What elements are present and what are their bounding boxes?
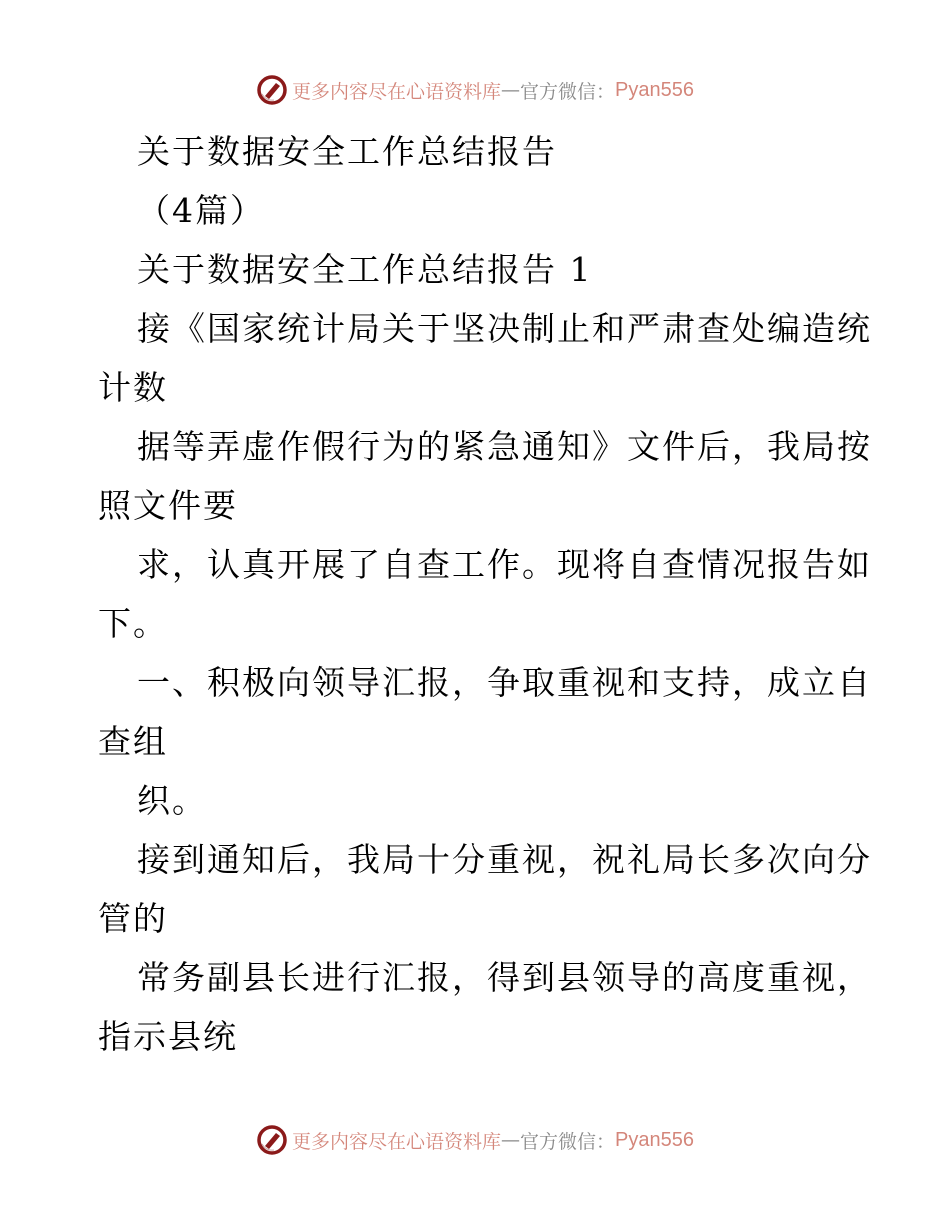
body-line: 常务副县长进行汇报，得到县领导的高度重视， <box>98 948 858 1007</box>
body-line: 管的 <box>98 889 858 948</box>
section-heading: 关于数据安全工作总结报告 1 <box>98 240 858 299</box>
quill-pen-logo-icon <box>256 1124 288 1156</box>
body-line: 接《国家统计局关于坚决制止和严肃查处编造统 <box>98 299 858 358</box>
body-line: 照文件要 <box>98 476 858 535</box>
body-line: 下。 <box>98 594 858 653</box>
banner-wechat-id: Pyan556 <box>615 1129 694 1152</box>
banner-separator: — <box>501 79 520 101</box>
body-line: 计数 <box>98 358 858 417</box>
quill-pen-logo-icon <box>256 74 288 106</box>
footer-banner: 更多内容尽在心语资料库 — 官方微信： Pyan556 <box>0 1120 950 1160</box>
body-line: 求，认真开展了自查工作。现将自查情况报告如 <box>98 535 858 594</box>
header-banner: 更多内容尽在心语资料库 — 官方微信： Pyan556 <box>0 70 950 110</box>
body-line: 指示县统 <box>98 1007 858 1066</box>
document-body: 关于数据安全工作总结报告 （4篇） 关于数据安全工作总结报告 1 接《国家统计局… <box>98 122 858 1066</box>
banner-wechat-label: 官方微信： <box>520 1127 615 1154</box>
section-1-heading: 一、积极向领导汇报，争取重视和支持，成立自 <box>98 653 858 712</box>
banner-separator: — <box>501 1129 520 1151</box>
document-title: 关于数据安全工作总结报告 <box>98 122 858 181</box>
document-subtitle: （4篇） <box>98 181 858 240</box>
body-line: 接到通知后，我局十分重视，祝礼局长多次向分 <box>98 830 858 889</box>
body-line: 查组 <box>98 712 858 771</box>
banner-wechat-id: Pyan556 <box>615 79 694 102</box>
body-line: 织。 <box>98 771 858 830</box>
banner-wechat-label: 官方微信： <box>520 77 615 104</box>
body-line: 据等弄虚作假行为的紧急通知》文件后，我局按 <box>98 417 858 476</box>
banner-site-text: 更多内容尽在心语资料库 <box>292 1127 501 1154</box>
banner-site-text: 更多内容尽在心语资料库 <box>292 77 501 104</box>
